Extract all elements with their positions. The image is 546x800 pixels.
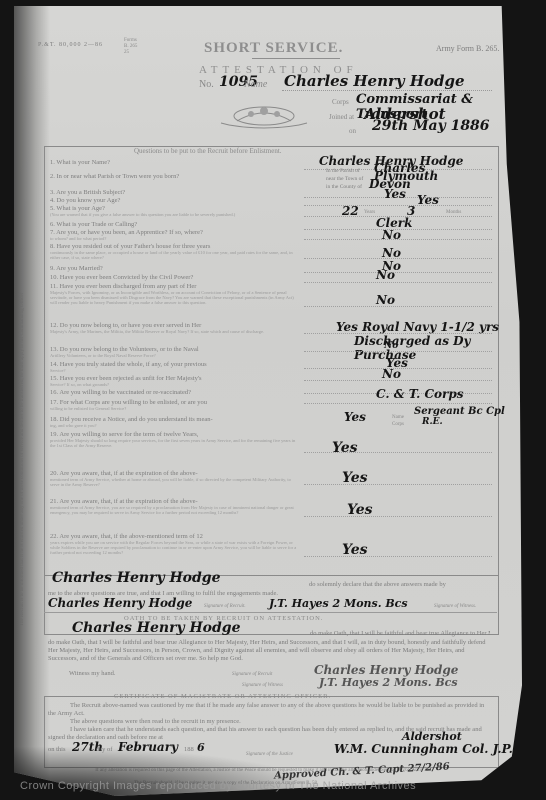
question-text: Do you know your Age? (57, 197, 121, 204)
question-11: 11. Have you ever been discharged from a… (50, 283, 298, 321)
question-13: 13. Do you now belong to the Volunteers,… (50, 346, 298, 360)
question-text: Have you truly stated the whole, if any,… (60, 361, 207, 368)
joined-label: Joined at (329, 113, 354, 121)
question-text: Have you ever been rejected as unfit for… (60, 375, 202, 382)
recruit-name-value: Charles Henry Hodge (284, 72, 465, 90)
question-number: 20. (50, 470, 58, 477)
on-label: on (349, 127, 356, 135)
oath-text-start: do make Oath, that I will be faithful an… (310, 630, 490, 637)
question-text: Do you now belong to, or have you ever s… (60, 322, 202, 329)
answer-11: No (376, 293, 395, 307)
question-18: 18. Did you receive a Notice, and do you… (50, 416, 298, 430)
recruit-signature-label: Signature of Recruit. (204, 604, 246, 609)
question-note: mentioned term of Army Service, you are … (50, 505, 298, 531)
answer-line (304, 516, 492, 517)
answer-line (304, 333, 492, 334)
witness-signature-label: Signature of Witness. (434, 604, 476, 609)
question-note: Service? (50, 368, 298, 373)
question-text: For what Corps are you willing to be enl… (60, 399, 207, 406)
form-reference: Forms B. 265 25 (124, 38, 137, 56)
question-text: In or near what Parish or Town were you … (57, 173, 180, 180)
answer-19: Yes (332, 440, 358, 456)
answer-line (304, 556, 492, 557)
answer-21: Yes (347, 502, 373, 518)
joined-date-value: 29th May 1886 (372, 118, 490, 134)
question-text: Are you aware, that, if at the expiratio… (59, 498, 197, 505)
question-2: 2. In or near what Parish or Town were y… (50, 173, 298, 180)
oath-witness-signature: J.T. Hayes 2 Mons. Bcs (319, 676, 458, 689)
question-note: Majesty's Forces, with Ignominy, or as I… (50, 290, 298, 320)
question-19: 19. Are you willing to serve for the ter… (50, 431, 298, 467)
question-number: 22. (50, 533, 58, 540)
answer-3: Yes (384, 187, 406, 201)
question-text: What is your Age? (56, 205, 105, 212)
question-4: 4. Do you know your Age? (50, 197, 298, 204)
certificate-paragraph-2: The above questions were then read to th… (70, 718, 241, 725)
question-text: Are you, or have you been, an Apprentice… (56, 229, 203, 236)
question-note: willing to be enlisted for General Servi… (50, 406, 298, 411)
margin-note: The Recruit is to be informed that if he… (20, 206, 36, 626)
question-3: 3. Are you a British Subject? (50, 189, 298, 196)
question-6: 6. What is your Trade or Calling? (50, 221, 298, 228)
answer-20: Yes (342, 470, 368, 486)
question-note: Service? If so, on what grounds? (50, 382, 298, 387)
title-underline (252, 58, 340, 59)
question-text: Have you resided out of your Father's ho… (57, 243, 211, 250)
question-14: 14. Have you truly stated the whole, if … (50, 361, 298, 374)
question-note: to whom? and for what period? (50, 236, 298, 241)
oath-recruit-signature: Charles Henry Hodge (314, 663, 458, 677)
question-number: 5. (50, 205, 55, 212)
divider (44, 612, 497, 613)
question-text: Are you willing to be vaccinated or re-v… (59, 389, 191, 396)
question-17: 17. For what Corps are you willing to be… (50, 399, 298, 413)
question-number: 13. (50, 346, 58, 353)
question-1: 1. What is your Name? (50, 159, 298, 166)
answer-line (304, 205, 492, 206)
question-number: 10. (50, 274, 58, 281)
question-number: 19. (50, 431, 58, 438)
question-15: 15. Have you ever been rejected as unfit… (50, 375, 298, 388)
answer-17: C. & T. Corps (376, 387, 463, 401)
question-number: 11. (50, 283, 58, 290)
certificate-paragraph-1: The Recruit above-named was cautioned by… (48, 702, 493, 718)
answer-line (304, 282, 492, 283)
question-22: 22. Are you aware, that, if the above-me… (50, 533, 298, 573)
question-text: Are you aware, that, if at the expiratio… (59, 470, 197, 477)
answer-line (304, 306, 492, 307)
question-text: Do you now belong to the Volunteers, or … (60, 346, 199, 353)
question-note: years expires while you are on service w… (50, 540, 298, 572)
years-label: Years (364, 210, 375, 215)
answer-8: No (382, 246, 401, 260)
copyright-watermark: Crown Copyright Images reproduced by cou… (20, 780, 416, 792)
name-label: Name (244, 79, 267, 90)
print-reference: P.&T. 80,000 2—86 (38, 42, 103, 48)
question-text: What is your Name? (56, 159, 110, 166)
question-number: 16. (50, 389, 58, 396)
question-number: 17. (50, 399, 58, 406)
question-12: 12. Do you now belong to, or have you ev… (50, 322, 298, 344)
answer-10: No (376, 268, 395, 282)
notice-corps-value: R.E. (422, 417, 443, 427)
question-number: 3. (50, 189, 55, 196)
oath-recruit-signature-label: Signature of Recruit (232, 672, 272, 677)
town-label: near the Town of (326, 176, 363, 182)
parish-label: In the Parish of (326, 168, 360, 174)
question-text: Are you willing to serve for the term of… (59, 431, 198, 438)
notice-name-value: Sergeant Bc Cpl (414, 406, 505, 417)
question-note: continuously in the same place, or occup… (50, 250, 298, 262)
declaration-recruit-name: Charles Henry Hodge (52, 570, 221, 586)
question-10: 10. Have you ever been Convicted by the … (50, 274, 298, 281)
question-text: Have you ever been discharged from any p… (60, 283, 197, 290)
answer-line (304, 351, 492, 352)
regiment-number-label: No. (199, 79, 214, 90)
answer-18: Yes (344, 410, 366, 424)
question-20: 20. Are you aware, that, if at the expir… (50, 470, 298, 495)
question-number: 21. (50, 498, 58, 505)
answer-line (304, 484, 492, 485)
question-number: 1. (50, 159, 55, 166)
question-number: 2. (50, 173, 55, 180)
question-note: Artillery Volunteers, or to the Royal Na… (50, 353, 298, 358)
question-9: 9. Are you Married? (50, 265, 298, 272)
declaration-recruit-signature: Charles Henry Hodge (48, 596, 192, 610)
question-number: 9. (50, 265, 55, 272)
oath-recruit-name: Charles Henry Hodge (72, 620, 241, 636)
declaration-text: do solemnly declare that the above answe… (309, 581, 446, 588)
question-number: 15. (50, 375, 58, 382)
attestation-form-page: P.&T. 80,000 2—86 Forms B. 265 25 SHORT … (14, 6, 522, 796)
witness-my-hand-label: Witness my hand. (69, 670, 116, 677)
answer-12: Yes Royal Navy 1-1/2 yrs (336, 320, 499, 334)
question-text: What is your Trade or Calling? (56, 221, 137, 228)
question-7: 7. Are you, or have you been, an Apprent… (50, 229, 298, 242)
answer-12-discharge: Discharged as Dy Purchase (354, 334, 522, 362)
question-number: 4. (50, 197, 55, 204)
form-title: SHORT SERVICE. (204, 40, 343, 57)
corps-label: Corps (332, 98, 349, 106)
name-line (282, 90, 492, 91)
question-text: Did you receive a Notice, and do you und… (60, 416, 213, 423)
answer-15: No (382, 367, 401, 381)
answer-7: No (382, 228, 401, 242)
question-note: (You are warned that if you give a false… (50, 212, 298, 217)
county-label: in the County of (326, 184, 362, 190)
question-number: 14. (50, 361, 58, 368)
oath-witness-signature-label: Signature of Witness (242, 683, 283, 688)
question-note: ing, and who gave it you? (50, 423, 298, 428)
question-number: 18. (50, 416, 58, 423)
form-ref-line: 25 (124, 50, 137, 56)
royal-crest-icon (219, 101, 309, 131)
months-label: Months (446, 210, 461, 215)
certificate-heading: CERTIFICATE OF MAGISTRATE OR ATTESTING O… (114, 693, 331, 700)
justice-signature: W.M. Cunningham Col. J.P. (334, 742, 513, 756)
answer-13: No (384, 341, 398, 351)
question-text: Are you Married? (56, 265, 103, 272)
question-text: Have you ever been Convicted by the Civi… (60, 274, 194, 281)
question-text: Are you aware, that, if the above-mentio… (59, 533, 203, 540)
questions-heading: Questions to be put to the Recruit befor… (134, 147, 282, 155)
question-note: Majesty's Army, the Marines, the Militia… (50, 329, 298, 341)
question-16: 16. Are you willing to be vaccinated or … (50, 389, 298, 396)
declaration-witness-signature: J.T. Hayes 2 Mons. Bcs (269, 597, 408, 610)
army-form-number: Army Form B. 265. (436, 44, 499, 53)
question-number: 6. (50, 221, 55, 228)
question-note: provided Her Majesty should so long requ… (50, 438, 298, 464)
question-number: 8. (50, 243, 55, 250)
question-number: 7. (50, 229, 55, 236)
question-8: 8. Have you resided out of your Father's… (50, 243, 298, 263)
question-note: mentioned term of Army Service, whether … (50, 477, 298, 493)
notice-name-label: Name (392, 415, 404, 420)
question-text: Are you a British Subject? (56, 189, 125, 196)
notice-corps-label: Corps (392, 422, 404, 427)
answer-4: Yes (417, 193, 439, 207)
answer-22: Yes (342, 542, 368, 558)
question-21: 21. Are you aware, that, if at the expir… (50, 498, 298, 534)
question-5: 5. What is your Age?(You are warned that… (50, 205, 298, 220)
answer-line (304, 403, 492, 404)
question-number: 12. (50, 322, 58, 329)
